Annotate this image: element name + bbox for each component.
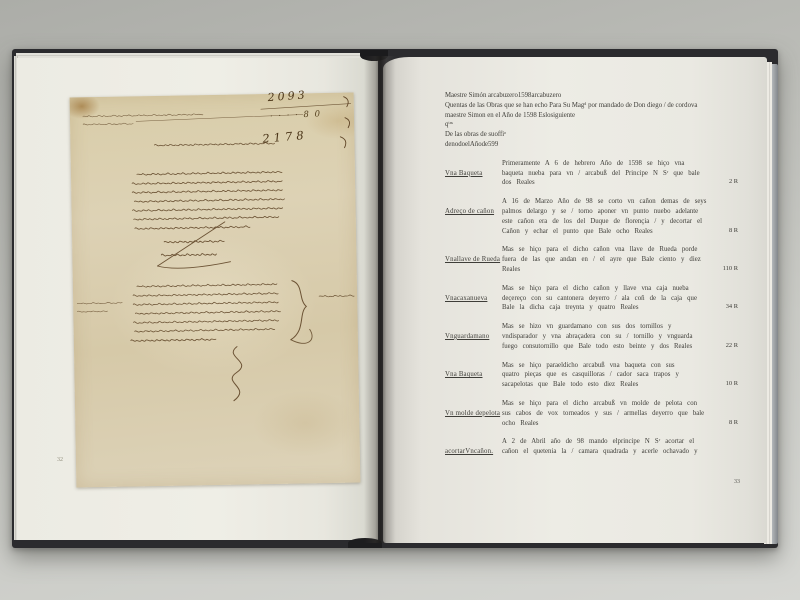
entry-text: Mas se hizo vn guardamano con sus dos to… [502,322,738,351]
entry-label: Vna Baqueta [445,370,483,380]
entry-text: A 2 de Abril año de 98 mando elprincipe … [502,437,738,457]
entry-amount: 8 R [729,226,738,236]
entry-label: Vnacaxanueva [445,294,487,304]
account-entry: Vna Baqueta Primeramente A 6 de hebrero … [445,159,738,188]
account-entry: Vnallave de Rueda Mas se hiço para el di… [445,245,738,274]
entry-label: Vnallave de Rueda [445,255,500,265]
entry-label: Adreço de cañon [445,207,494,217]
entry-amount: 22 R [726,341,738,351]
handwriting-strokes [70,93,361,488]
right-page-number: 33 [734,479,740,485]
header-line: Maestre Simón arcabuzero1598arcabuzero [445,91,738,101]
header-line: qᵗᵃˢ [445,120,738,130]
spine-top-shadow [360,50,388,61]
account-entry: acortarVncañon. A 2 de Abril año de 98 m… [445,437,738,457]
entry-amount: 8 R [729,418,738,428]
entry-label: Vnguardamano [445,332,489,342]
entry-amount: 10 R [726,379,738,389]
header-line: De las obras de suoffiᵒ [445,130,738,140]
cover-right-edge [772,64,778,544]
entry-label: acortarVncañon. [445,447,493,457]
left-page-number: 32 [57,457,63,463]
book-photo-scene: 2093 · · · · 8 0 2178 32 Maestre Simón a… [0,0,800,600]
header-line: Quentas de las Obras que se han echo Par… [445,101,738,111]
entry-text: Mas se hiço para el dicho cañon vna llav… [502,245,738,274]
transcription-text-block: Maestre Simón arcabuzero1598arcabuzero Q… [445,91,738,457]
entry-amount: 2 R [729,177,738,187]
header-line: denodoelAñode599 [445,140,738,150]
entry-text: Mas se hiço para el dicho cañon y llave … [502,284,738,313]
account-entry: Vn molde depelota Mas se hiço para el di… [445,399,738,428]
right-page: Maestre Simón arcabuzero1598arcabuzero Q… [383,57,767,543]
entry-amount: 34 R [726,302,738,312]
facsimile-numeral-top: 2093 [267,88,308,104]
entry-text: Mas se hiço paraeldicho arcabuß vna baqu… [502,361,738,390]
spine-bottom-shadow [348,538,382,548]
entry-text: Primeramente A 6 de hebrero Año de 1598 … [502,159,738,188]
entry-label: Vn molde depelota [445,409,500,419]
header-line: maestre Simon en el Año de 1598 Eslosigu… [445,111,738,121]
account-entry: Vnacaxanueva Mas se hiço para el dicho c… [445,284,738,313]
entry-amount: 110 R [723,264,738,274]
account-entry: Vna Baqueta Mas se hiço paraeldicho arca… [445,361,738,390]
entry-text: A 16 de Marzo Año de 98 se corto vn caño… [502,197,738,236]
account-entry: Adreço de cañon A 16 de Marzo Año de 98 … [445,197,738,236]
entry-label: Vna Baqueta [445,169,483,179]
account-entry: Vnguardamano Mas se hizo vn guardamano c… [445,322,738,351]
manuscript-facsimile: 2093 · · · · 8 0 2178 [70,93,361,488]
left-page: 2093 · · · · 8 0 2178 32 [17,58,378,540]
entry-text: Mas se hiço para el dicho arcabuß vn mol… [502,399,738,428]
